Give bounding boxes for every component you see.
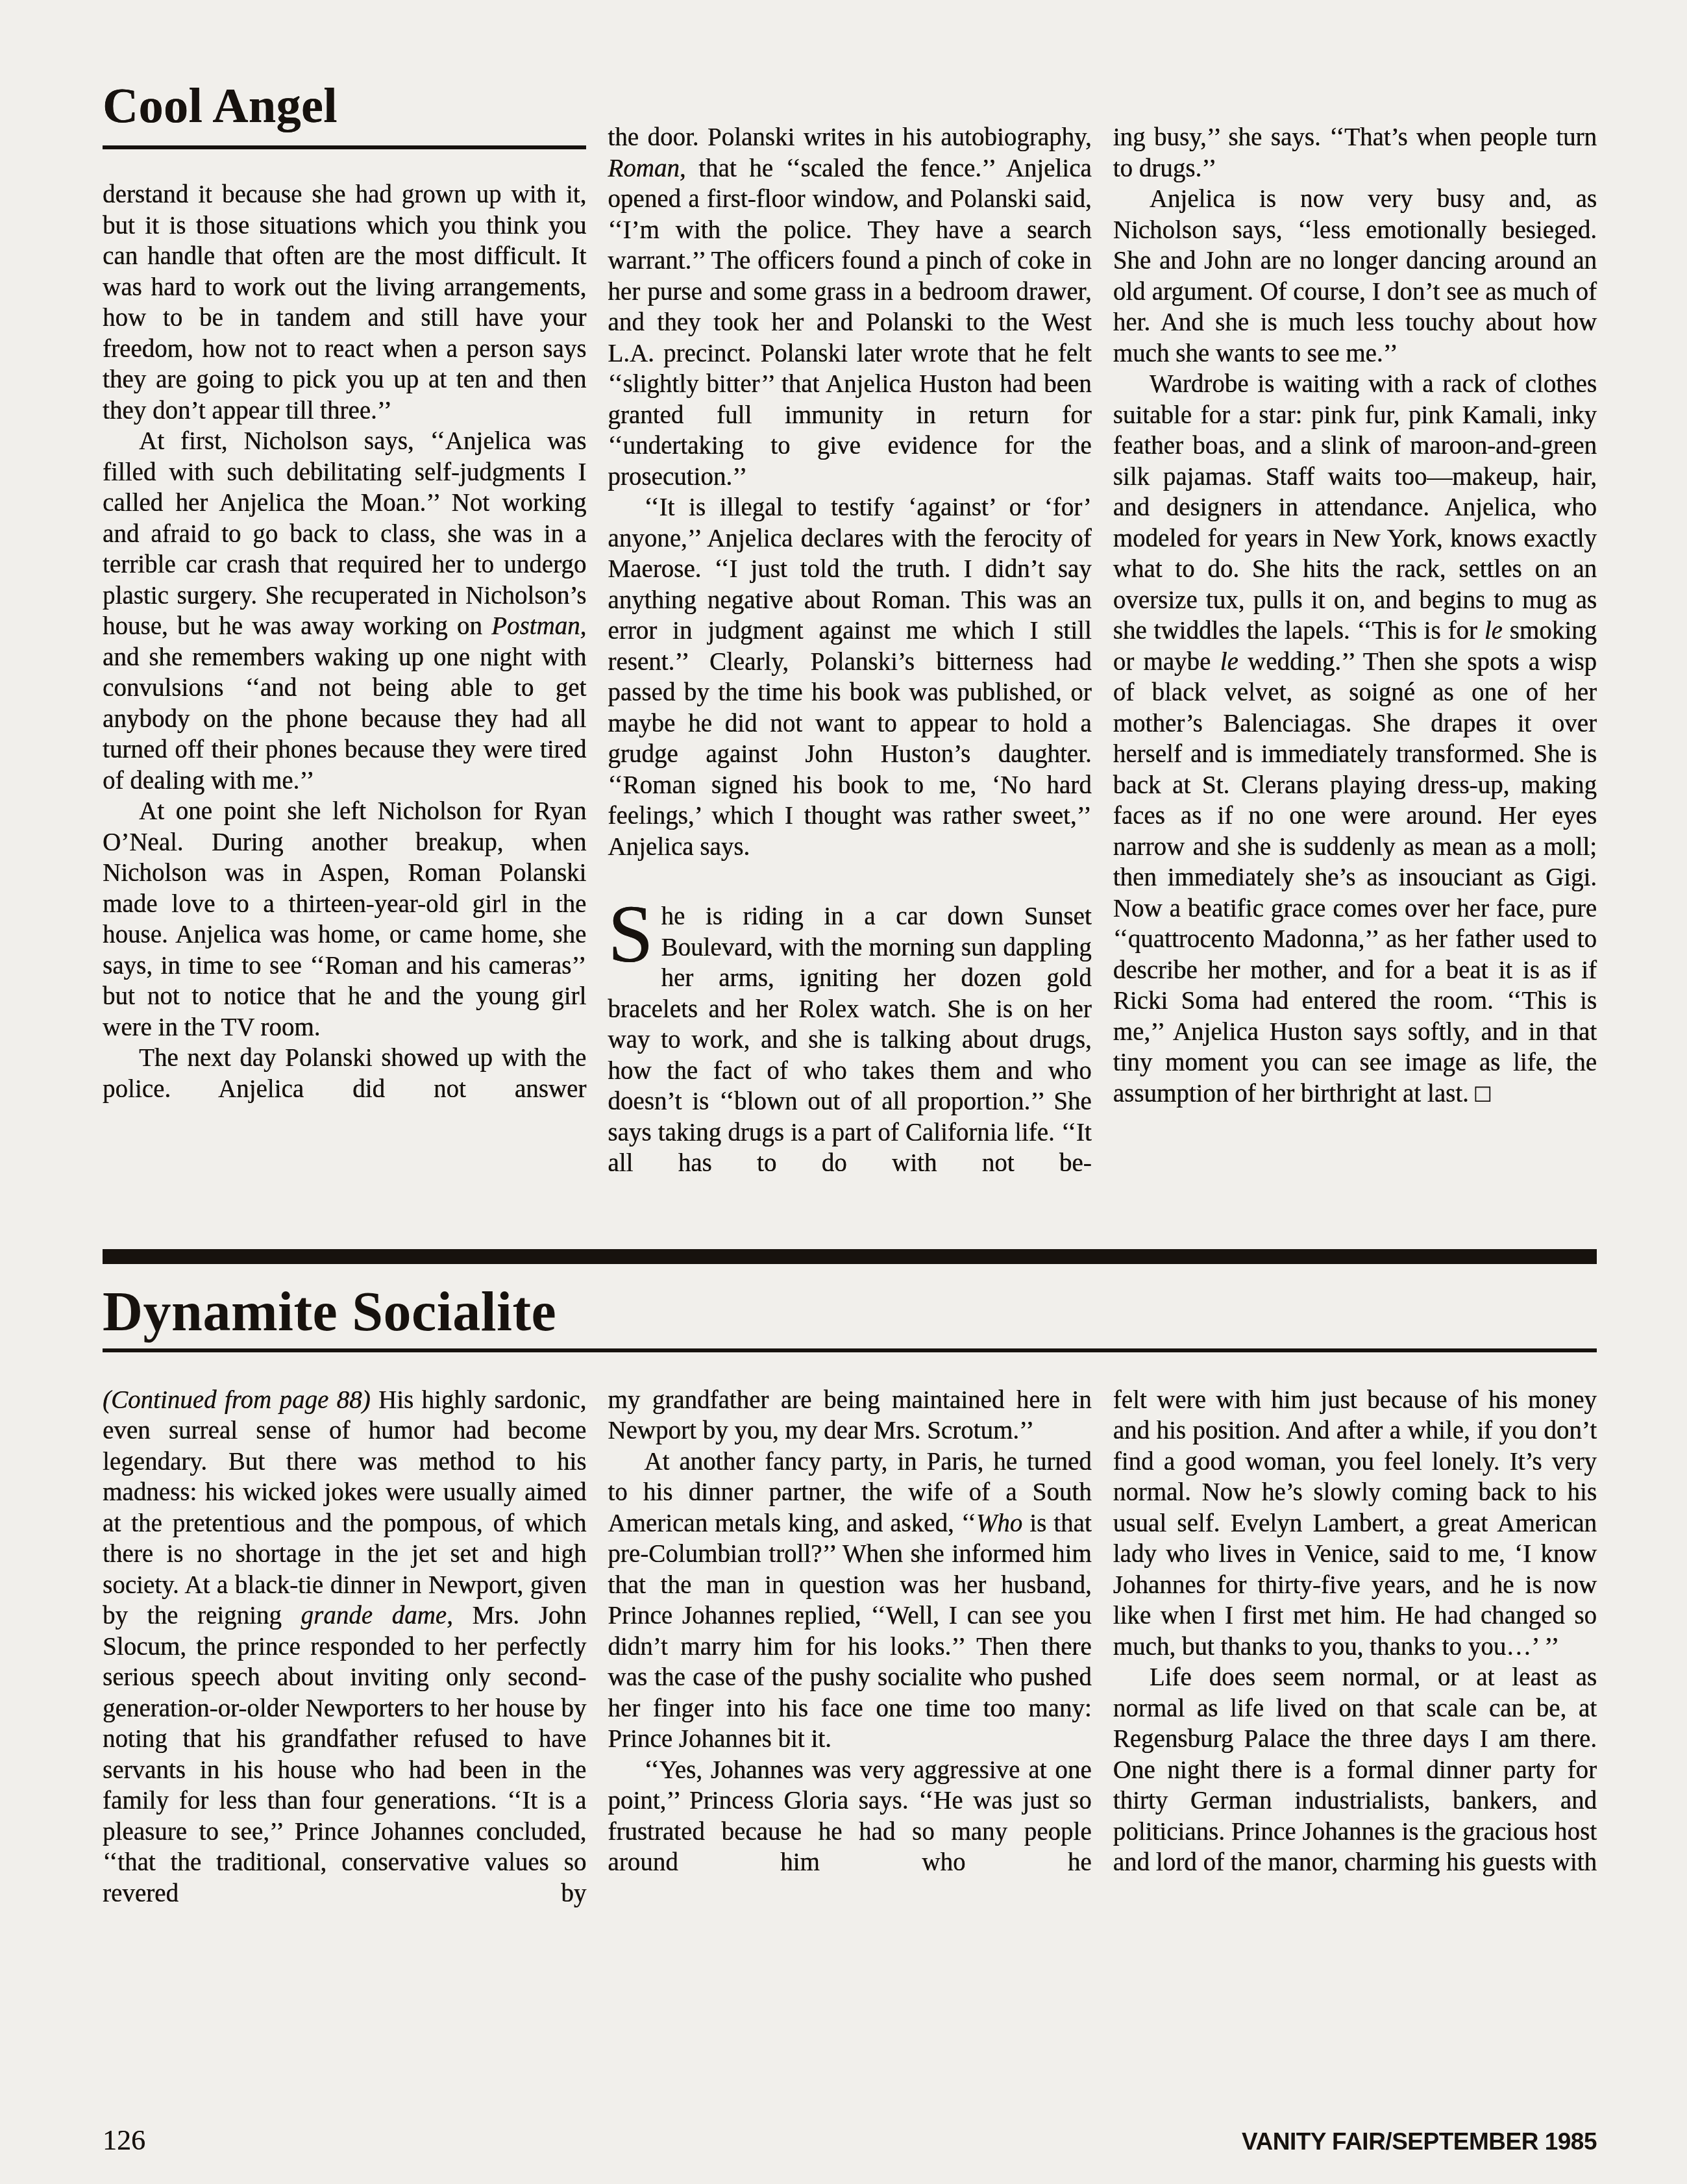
italic-text-run: Postman,: [491, 612, 586, 640]
dynamite-socialite-column-3: felt were with him just because of his m…: [1113, 1385, 1597, 1909]
italic-text-run: le: [1484, 617, 1503, 645]
paragraph: derstand it because she had grown up wit…: [103, 179, 586, 426]
paragraph: At another fancy party, in Paris, he tur…: [608, 1446, 1091, 1755]
dynamite-socialite-columns: (Continued from page 88) His highly sard…: [103, 1385, 1597, 1909]
dynamite-socialite-column-2: my grandfather are being maintained here…: [608, 1385, 1091, 1909]
text-run: Wardrobe is waiting with a rack of cloth…: [1113, 370, 1597, 645]
italic-text-run: le: [1220, 648, 1238, 676]
paragraph: Life does seem normal, or at least as no…: [1113, 1662, 1597, 1878]
text-run: he is riding in a car down Sunset Boulev…: [608, 902, 1091, 1177]
paragraph: my grandfather are being maintained here…: [608, 1385, 1091, 1446]
text-run: The next day Polanski showed up with the…: [103, 1044, 586, 1103]
cool-angel-column-1-body: derstand it because she had grown up wit…: [103, 179, 586, 1104]
dynamite-socialite-column-1: (Continued from page 88) His highly sard…: [103, 1385, 586, 1909]
text-run: At first, Nicholson says, ‘‘Anjelica was…: [103, 427, 586, 640]
text-run: ing busy,’’ she says. ‘‘That’s when peop…: [1113, 123, 1597, 182]
text-run: ‘‘Yes, Johannes was very aggressive at o…: [608, 1756, 1091, 1877]
text-run: Anjelica is now very busy and, as Nichol…: [1113, 185, 1597, 367]
text-run: my grandfather are being maintained here…: [608, 1386, 1091, 1445]
paragraph: Wardrobe is waiting with a rack of cloth…: [1113, 369, 1597, 1109]
magazine-page: Cool Angel derstand it because she had g…: [0, 0, 1687, 2184]
paragraph: the door. Polanski writes in his autobio…: [608, 122, 1091, 492]
text-run: and she remembers waking up one night wi…: [103, 643, 586, 795]
text-run: is that pre-Columbian troll?’’ When she …: [608, 1509, 1091, 1754]
paragraph: (Continued from page 88) His highly sard…: [103, 1385, 586, 1909]
text-run: wedding.’’ Then she spots a wisp of blac…: [1113, 648, 1597, 1108]
italic-text-run: Roman,: [608, 155, 685, 182]
paragraph: felt were with him just because of his m…: [1113, 1385, 1597, 1663]
page-footer: 126 VANITY FAIR/SEPTEMBER 1985: [103, 2087, 1597, 2157]
text-run: ‘‘It is illegal to testify ‘against’ or …: [608, 493, 1091, 861]
article-title-dynamite-socialite: Dynamite Socialite: [103, 1281, 1597, 1342]
text-run: derstand it because she had grown up wit…: [103, 180, 586, 425]
text-run: Mrs. John Slocum, the prince responded t…: [103, 1602, 586, 1907]
paragraph: ‘‘Yes, Johannes was very aggressive at o…: [608, 1755, 1091, 1878]
drop-cap-letter: S: [608, 904, 653, 965]
paragraph: Anjelica is now very busy and, as Nichol…: [1113, 184, 1597, 369]
page-number: 126: [103, 2124, 145, 2157]
italic-text-run: Who: [976, 1509, 1023, 1537]
text-run: that he ‘‘scaled the fence.’’ Anjelica o…: [608, 155, 1091, 491]
cool-angel-column-2: the door. Polanski writes in his autobio…: [608, 79, 1091, 1179]
section-divider-thick-rule: [103, 1249, 1597, 1264]
paragraph: At one point she left Nicholson for Ryan…: [103, 796, 586, 1043]
paragraph: ‘‘It is illegal to testify ‘against’ or …: [608, 492, 1091, 862]
paragraph: The next day Polanski showed up with the…: [103, 1043, 586, 1104]
article-title-cool-angel: Cool Angel: [103, 79, 586, 132]
paragraph: At first, Nicholson says, ‘‘Anjelica was…: [103, 426, 586, 796]
title-underline-full-rule: [103, 1348, 1597, 1352]
article-dynamite-socialite: Dynamite Socialite (Continued from page …: [103, 1249, 1597, 1909]
cool-angel-column-1: Cool Angel derstand it because she had g…: [103, 79, 586, 1179]
paragraph: She is riding in a car down Sunset Boule…: [608, 901, 1091, 1179]
text-run: Life does seem normal, or at least as no…: [1113, 1663, 1597, 1876]
italic-text-run: grande dame,: [301, 1602, 452, 1630]
text-run: felt were with him just because of his m…: [1113, 1386, 1597, 1661]
text-run: His highly sardonic, even surreal sense …: [103, 1386, 586, 1630]
article-cool-angel: Cool Angel derstand it because she had g…: [103, 79, 1597, 1179]
paragraph: ing busy,’’ she says. ‘‘That’s when peop…: [1113, 122, 1597, 184]
cool-angel-column-3: ing busy,’’ she says. ‘‘That’s when peop…: [1113, 79, 1597, 1179]
title-underline-rule: [103, 145, 586, 149]
italic-text-run: (Continued from page 88): [103, 1386, 371, 1414]
magazine-credit: VANITY FAIR/SEPTEMBER 1985: [1242, 2128, 1597, 2155]
text-run: the door. Polanski writes in his autobio…: [608, 123, 1091, 151]
text-run: At one point she left Nicholson for Ryan…: [103, 797, 586, 1041]
